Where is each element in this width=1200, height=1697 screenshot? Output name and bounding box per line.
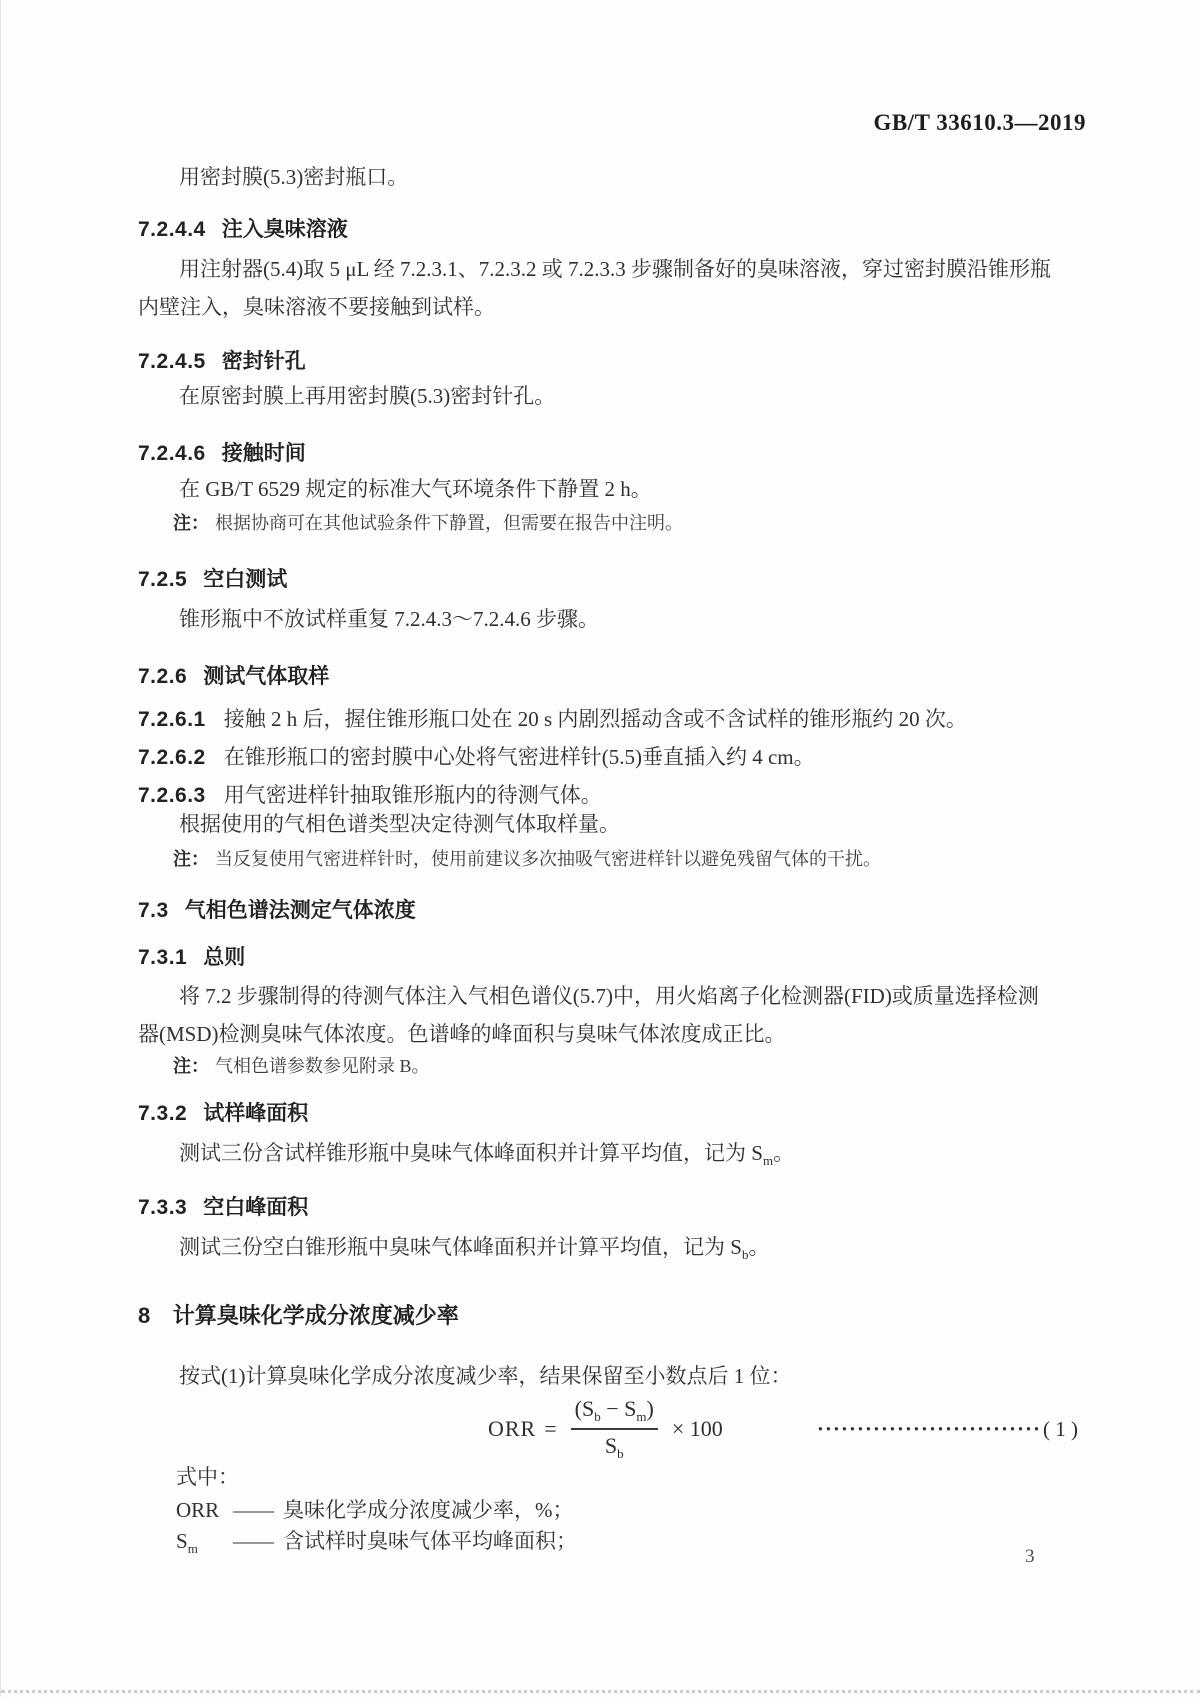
heading-title: 气相色谱法测定气体浓度 — [185, 899, 416, 922]
heading-7-2-4-5: 7.2.4.5密封针孔 — [138, 345, 306, 375]
heading-title: 空白峰面积 — [203, 1196, 308, 1219]
heading-number: 7.3.2 — [138, 1102, 187, 1125]
paragraph-text: 测试三份空白锥形瓶中臭味气体峰面积并计算平均值，记为 — [179, 1235, 730, 1259]
symbol-sb: S — [730, 1235, 742, 1259]
denominator-part: S — [605, 1433, 617, 1458]
definition-dash: —— — [233, 1529, 273, 1553]
numerator-part: − S — [601, 1396, 637, 1421]
header-doc-code: GB/T 33610.3—2019 — [873, 110, 1086, 136]
definition-term: ORR — [176, 1498, 233, 1523]
heading-number: 7.2.4.5 — [138, 350, 206, 373]
paragraph-contact-time: 在 GB/T 6529 规定的标准大气环境条件下静置 2 h。 — [179, 476, 652, 503]
clause-number: 7.2.6.2 — [138, 746, 206, 769]
note-contact-time: 注：根据协商可在其他试验条件下静置，但需要在报告中注明。 — [173, 509, 683, 535]
paragraph-formula-intro: 按式(1)计算臭味化学成分浓度减少率，结果保留至小数点后 1 位： — [179, 1363, 791, 1390]
fraction-denominator: Sb — [571, 1428, 658, 1462]
heading-7-3-3: 7.3.3空白峰面积 — [138, 1191, 308, 1221]
heading-number: 8 — [138, 1303, 151, 1328]
clause-text: 用气密进样针抽取锥形瓶内的待测气体。 — [224, 783, 602, 807]
definition-sm: Sm——含试样时臭味气体平均峰面积； — [176, 1525, 577, 1557]
paragraph-seal-pinhole: 在原密封膜上再用密封膜(5.3)密封针孔。 — [179, 383, 555, 410]
clause-text: 接触 2 h 后，握住锥形瓶口处在 20 s 内剧烈摇动含或不含试样的锥形瓶约 … — [224, 707, 967, 731]
heading-7-2-6: 7.2.6测试气体取样 — [138, 660, 329, 690]
heading-8: 8计算臭味化学成分浓度减少率 — [138, 1299, 459, 1330]
heading-7-2-4-6: 7.2.4.6接触时间 — [138, 437, 306, 467]
note-text: 当反复使用气密进样针时，使用前建议多次抽吸气密进样针以避免残留气体的干扰。 — [215, 849, 881, 869]
heading-7-3: 7.3气相色谱法测定气体浓度 — [138, 894, 416, 924]
note-gas-tight-needle: 注：当反复使用气密进样针时，使用前建议多次抽吸气密进样针以避免残留气体的干扰。 — [173, 845, 881, 871]
note-gc-parameters: 注：气相色谱参数参见附录 B。 — [173, 1052, 430, 1078]
formula-expression: ORR = (Sb − Sm) Sb × 100 — [488, 1396, 723, 1462]
heading-number: 7.2.4.6 — [138, 442, 206, 465]
equation-reference: ···························· ( 1 ) — [817, 1417, 1078, 1442]
heading-7-2-5: 7.2.5空白测试 — [138, 563, 287, 593]
paragraph-text-end: 。 — [748, 1235, 769, 1259]
paragraph-seal-bottle: 用密封膜(5.3)密封瓶口。 — [179, 164, 408, 191]
heading-number: 7.3.1 — [138, 946, 187, 969]
heading-number: 7.2.4.4 — [138, 218, 206, 241]
definition-term-symbol: S — [176, 1529, 188, 1553]
definition-term-subscript: m — [188, 1541, 198, 1556]
heading-number: 7.2.5 — [138, 568, 187, 591]
heading-title: 密封针孔 — [222, 350, 306, 373]
where-label: 式中： — [176, 1464, 239, 1491]
page-number: 3 — [1025, 1546, 1035, 1568]
heading-title: 注入臭味溶液 — [222, 218, 348, 241]
heading-title: 计算臭味化学成分浓度减少率 — [173, 1303, 459, 1328]
heading-7-3-2: 7.3.2试样峰面积 — [138, 1097, 308, 1127]
formula-fraction: (Sb − Sm) Sb — [571, 1396, 658, 1462]
numerator-subscript-m: m — [636, 1409, 646, 1424]
paragraph-sample-peak-area: 测试三份含试样锥形瓶中臭味气体峰面积并计算平均值，记为 Sm。 — [179, 1140, 794, 1174]
paragraph-gc-line2: 器(MSD)检测臭味气体浓度。色谱峰的峰面积与臭味气体浓度成正比。 — [138, 1021, 786, 1048]
clause-text: 在锥形瓶口的密封膜中心处将气密进样针(5.5)垂直插入约 4 cm。 — [224, 745, 815, 769]
standard-document-page: GB/T 33610.3—2019 用密封膜(5.3)密封瓶口。 7.2.4.4… — [0, 0, 1200, 1697]
paragraph-sampling-amount: 根据使用的气相色谱类型决定待测气体取样量。 — [179, 811, 620, 838]
heading-title: 接触时间 — [222, 442, 306, 465]
note-text: 根据协商可在其他试验条件下静置，但需要在报告中注明。 — [215, 513, 683, 533]
note-text: 气相色谱参数参见附录 B。 — [215, 1056, 430, 1076]
paragraph-text-end: 。 — [773, 1141, 794, 1165]
heading-title: 空白测试 — [203, 568, 287, 591]
perforation-line — [1, 1690, 1200, 1693]
note-label: 注： — [173, 1056, 209, 1076]
note-label: 注： — [173, 513, 209, 533]
heading-number: 7.3.3 — [138, 1196, 187, 1219]
paragraph-gc-line1: 将 7.2 步骤制得的待测气体注入气相色谱仪(5.7)中，用火焰离子化检测器(F… — [179, 983, 1039, 1010]
denominator-subscript-b: b — [617, 1446, 624, 1461]
paragraph-text: 测试三份含试样锥形瓶中臭味气体峰面积并计算平均值，记为 — [179, 1141, 751, 1165]
formula-lhs: ORR — [488, 1416, 536, 1442]
paragraph-blank-peak-area: 测试三份空白锥形瓶中臭味气体峰面积并计算平均值，记为 Sb。 — [179, 1234, 769, 1268]
clause-number: 7.2.6.1 — [138, 708, 206, 731]
heading-title: 总则 — [203, 946, 245, 969]
symbol-sm: S — [751, 1141, 763, 1165]
heading-title: 测试气体取样 — [203, 665, 329, 688]
clause-7-2-6-2: 7.2.6.2在锥形瓶口的密封膜中心处将气密进样针(5.5)垂直插入约 4 cm… — [138, 741, 815, 771]
heading-number: 7.2.6 — [138, 665, 187, 688]
paragraph-inject-line1: 用注射器(5.4)取 5 μL 经 7.2.3.1、7.2.3.2 或 7.2.… — [179, 256, 1051, 283]
heading-title: 试样峰面积 — [203, 1102, 308, 1125]
numerator-part: ) — [647, 1396, 654, 1421]
definition-term: Sm — [176, 1529, 233, 1557]
clause-number: 7.2.6.3 — [138, 784, 206, 807]
definition-text: 含试样时臭味气体平均峰面积； — [283, 1529, 577, 1553]
times-100: × 100 — [672, 1416, 723, 1442]
heading-7-3-1: 7.3.1总则 — [138, 941, 245, 971]
heading-number: 7.3 — [138, 899, 169, 922]
definition-text: 臭味化学成分浓度减少率，%； — [283, 1498, 574, 1522]
clause-7-2-6-1: 7.2.6.1接触 2 h 后，握住锥形瓶口处在 20 s 内剧烈摇动含或不含试… — [138, 703, 967, 733]
note-label: 注： — [173, 849, 209, 869]
paragraph-inject-line2: 内壁注入，臭味溶液不要接触到试样。 — [138, 294, 495, 321]
numerator-part: (S — [575, 1396, 595, 1421]
heading-7-2-4-4: 7.2.4.4注入臭味溶液 — [138, 213, 348, 243]
symbol-subscript: m — [763, 1153, 773, 1168]
definition-dash: —— — [233, 1498, 273, 1522]
paragraph-blank-test: 锥形瓶中不放试样重复 7.2.4.3～7.2.4.6 步骤。 — [179, 606, 599, 633]
equals-sign: = — [544, 1416, 556, 1442]
equation-number: ( 1 ) — [1043, 1417, 1078, 1442]
dotted-leader: ···························· — [817, 1417, 1041, 1442]
formula-orr: ORR = (Sb − Sm) Sb × 100 ···············… — [138, 1396, 1078, 1462]
definition-orr: ORR——臭味化学成分浓度减少率，%； — [176, 1494, 574, 1524]
clause-7-2-6-3: 7.2.6.3用气密进样针抽取锥形瓶内的待测气体。 — [138, 779, 602, 809]
fraction-numerator: (Sb − Sm) — [571, 1396, 658, 1428]
